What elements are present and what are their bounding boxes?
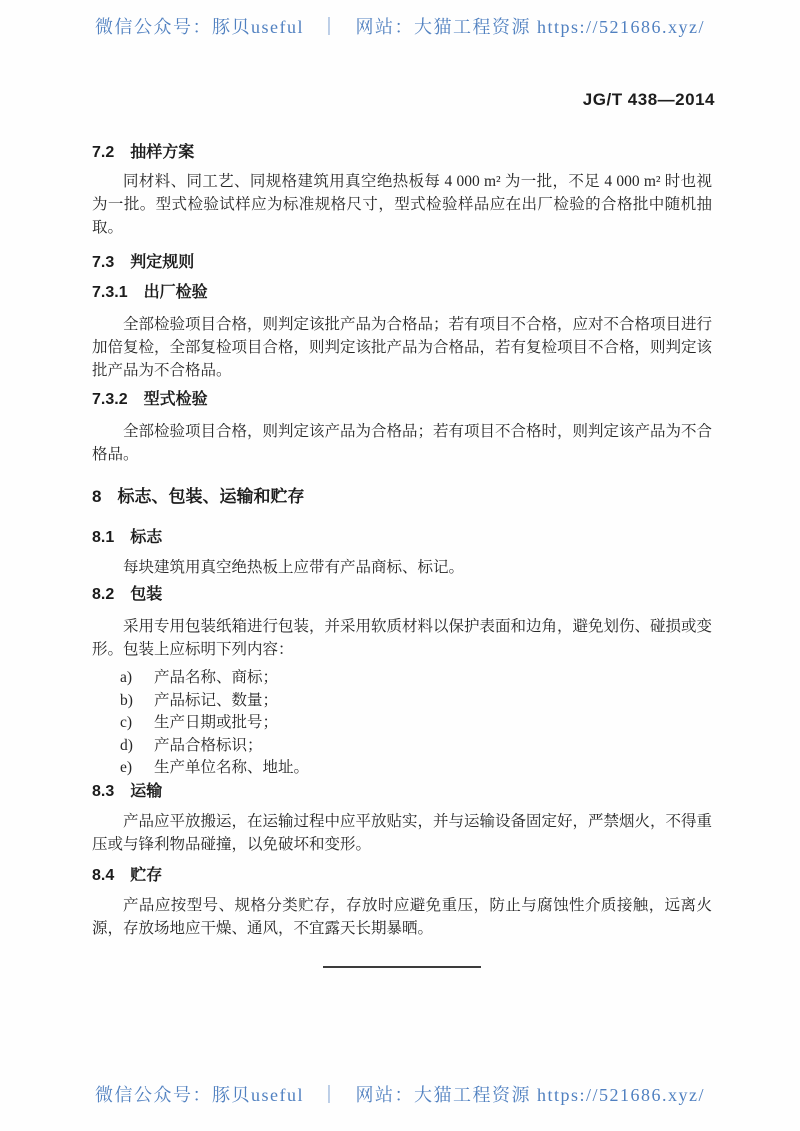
- section-title: 型式检验: [144, 391, 208, 408]
- section-number: 7.3: [92, 253, 114, 273]
- list-marker: a): [120, 667, 154, 690]
- list-item-text: 产品名称、商标；: [154, 667, 278, 690]
- section-number: 7.3.2: [92, 390, 128, 410]
- section-number: 8.1: [92, 528, 114, 548]
- section-heading-7-2: 7.2抽样方案: [92, 143, 712, 163]
- paragraph-factory-inspection: 全部检验项目合格，则判定该批产品为合格品；若有项目不合格，应对不合格项目进行加倍…: [92, 313, 712, 382]
- list-item-text: 产品标记、数量；: [154, 690, 278, 713]
- paragraph-packaging: 采用专用包装纸箱进行包装，并采用软质材料以保护表面和边角，避免划伤、碰损或变形。…: [92, 615, 712, 661]
- end-of-document-rule: [323, 966, 481, 968]
- section-title: 包装: [130, 586, 162, 603]
- site-name-label: 网站：大猫工程资源: [356, 17, 532, 37]
- wechat-account-label: 微信公众号：豚贝useful: [95, 1085, 304, 1105]
- paragraph-marking: 每块建筑用真空绝热板上应带有产品商标、标记。: [92, 556, 712, 579]
- section-title: 出厂检验: [144, 284, 208, 301]
- document-content: 7.2抽样方案 同材料、同工艺、同规格建筑用真空绝热板每 4 000 m² 为一…: [0, 143, 800, 968]
- document-page: 微信公众号：豚贝useful ｜ 网站：大猫工程资源 https://52168…: [0, 0, 800, 1131]
- bottom-watermark-banner: 微信公众号：豚贝useful ｜ 网站：大猫工程资源 https://52168…: [0, 1081, 800, 1107]
- list-item-text: 生产单位名称、地址。: [154, 757, 309, 780]
- site-url-link[interactable]: https://521686.xyz/: [537, 17, 705, 37]
- list-marker: d): [120, 735, 154, 758]
- paragraph-type-inspection: 全部检验项目合格，则判定该产品为合格品；若有项目不合格时，则判定该产品为不合格品…: [92, 420, 712, 466]
- section-number: 8.2: [92, 585, 114, 605]
- list-item-text: 产品合格标识；: [154, 735, 263, 758]
- top-watermark-banner: 微信公众号：豚贝useful ｜ 网站：大猫工程资源 https://52168…: [0, 13, 800, 39]
- paragraph-sampling-plan: 同材料、同工艺、同规格建筑用真空绝热板每 4 000 m² 为一批，不足 4 0…: [92, 170, 712, 239]
- section-heading-7-3: 7.3判定规则: [92, 253, 712, 273]
- section-heading-7-3-1: 7.3.1出厂检验: [92, 283, 712, 303]
- section-title: 判定规则: [130, 254, 194, 271]
- list-marker: e): [120, 757, 154, 780]
- site-name-label: 网站：大猫工程资源: [356, 1085, 532, 1105]
- paragraph-storage: 产品应按型号、规格分类贮存，存放时应避免重压，防止与腐蚀性介质接触，远离火源，存…: [92, 894, 712, 940]
- paragraph-transport: 产品应平放搬运，在运输过程中应平放贴实，并与运输设备固定好，严禁烟火，不得重压或…: [92, 810, 712, 856]
- list-item-text: 生产日期或批号；: [154, 712, 278, 735]
- section-title: 抽样方案: [130, 144, 194, 161]
- list-item: e) 生产单位名称、地址。: [120, 757, 712, 780]
- section-number: 7.3.1: [92, 283, 128, 303]
- list-item: d) 产品合格标识；: [120, 735, 712, 758]
- section-number: 8.4: [92, 866, 114, 886]
- banner-separator: ｜: [320, 17, 340, 37]
- list-item: a) 产品名称、商标；: [120, 667, 712, 690]
- list-item: c) 生产日期或批号；: [120, 712, 712, 735]
- banner-separator: ｜: [320, 1085, 340, 1105]
- list-marker: b): [120, 690, 154, 713]
- site-url-link[interactable]: https://521686.xyz/: [537, 1085, 705, 1105]
- package-label-list: a) 产品名称、商标； b) 产品标记、数量； c) 生产日期或批号； d) 产…: [92, 667, 712, 780]
- chapter-number: 8: [92, 486, 101, 508]
- section-number: 7.2: [92, 143, 114, 163]
- section-heading-8-1: 8.1标志: [92, 528, 712, 548]
- chapter-title: 标志、包装、运输和贮存: [117, 487, 304, 506]
- list-marker: c): [120, 712, 154, 735]
- chapter-heading-8: 8标志、包装、运输和贮存: [92, 486, 712, 508]
- section-title: 标志: [130, 529, 162, 546]
- section-number: 8.3: [92, 782, 114, 802]
- section-title: 运输: [130, 783, 162, 800]
- list-item: b) 产品标记、数量；: [120, 690, 712, 713]
- section-heading-8-2: 8.2包装: [92, 585, 712, 605]
- section-heading-7-3-2: 7.3.2型式检验: [92, 390, 712, 410]
- wechat-account-label: 微信公众号：豚贝useful: [95, 17, 304, 37]
- section-heading-8-3: 8.3运输: [92, 782, 712, 802]
- section-title: 贮存: [130, 867, 162, 884]
- section-heading-8-4: 8.4贮存: [92, 866, 712, 886]
